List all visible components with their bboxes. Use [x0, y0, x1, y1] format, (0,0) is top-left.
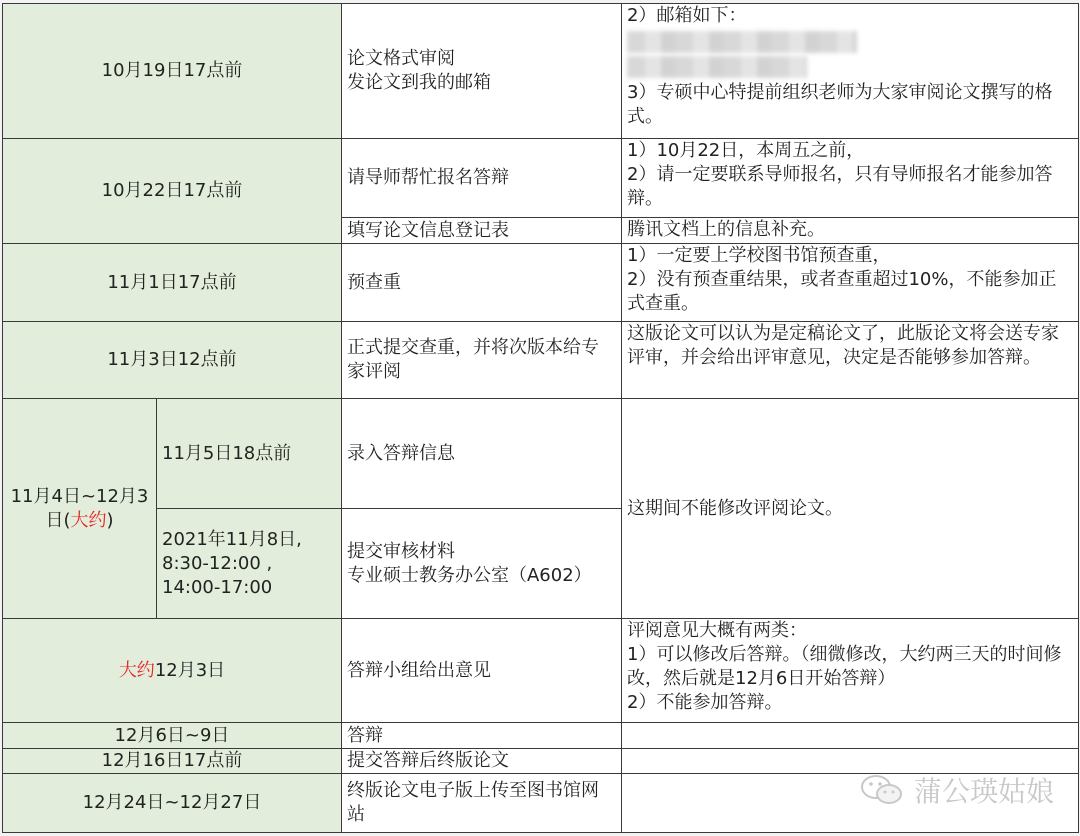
schedule-table: 10月19日17点前 论文格式审阅 发论文到我的邮箱 2）邮箱如下： 3）专硕中…: [2, 3, 1079, 833]
date-range-cell: 11月4日~12月3日(大约): [3, 399, 157, 619]
redacted-email: [627, 56, 807, 78]
note-cell: 1）10月22日，本周五之前， 2）请一定要联系导师报名，只有导师报名才能参加答…: [622, 139, 1079, 218]
table-row: 11月3日12点前 正式提交查重，并将次版本给专家评阅 这版论文可以认为是定稿论…: [3, 322, 1079, 399]
watermark-text: 蒲公瑛姑娘: [914, 770, 1054, 810]
table-row: 大约12月3日 答辩小组给出意见 评阅意见大概有两类： 1）可以修改后答辩。（细…: [3, 619, 1079, 723]
wechat-icon: [860, 773, 904, 807]
date-cell: 10月19日17点前: [3, 4, 342, 139]
task-cell: 填写论文信息登记表: [342, 218, 622, 244]
date-cell: 12月6日~9日: [3, 723, 342, 749]
task-cell: 终版论文电子版上传至图书馆网站: [342, 774, 622, 833]
date-cell: 12月16日17点前: [3, 749, 342, 774]
date-cell: 11月3日12点前: [3, 322, 342, 399]
redacted-email: [627, 31, 857, 53]
task-cell: 答辩小组给出意见: [342, 619, 622, 723]
highlight-approx: 大约: [71, 510, 107, 531]
date-cell: 2021年11月8日, 8:30-12:00 , 14:00-17:00: [157, 509, 342, 619]
task-cell: 论文格式审阅 发论文到我的邮箱: [342, 4, 622, 139]
date-cell: 12月24日~12月27日: [3, 774, 342, 833]
table-row: 10月19日17点前 论文格式审阅 发论文到我的邮箱 2）邮箱如下： 3）专硕中…: [3, 4, 1079, 139]
date-cell: 10月22日17点前: [3, 139, 342, 244]
note-cell: 1）一定要上学校图书馆预查重， 2）没有预查重结果，或者查重超过10%，不能参加…: [622, 244, 1079, 322]
table-row: 10月22日17点前 请导师帮忙报名答辩 1）10月22日，本周五之前， 2）请…: [3, 139, 1079, 218]
task-cell: 答辩: [342, 723, 622, 749]
date-cell: 11月1日17点前: [3, 244, 342, 322]
task-cell: 正式提交查重，并将次版本给专家评阅: [342, 322, 622, 399]
note-cell: 评阅意见大概有两类： 1）可以修改后答辩。（细微修改，大约两三天的时间修改，然后…: [622, 619, 1079, 723]
date-cell: 11月5日18点前: [157, 399, 342, 509]
table-row: 11月4日~12月3日(大约) 11月5日18点前 录入答辩信息 这期间不能修改…: [3, 399, 1079, 509]
watermark: 蒲公瑛姑娘: [860, 770, 1054, 810]
date-cell: 大约12月3日: [3, 619, 342, 723]
note-cell: 2）邮箱如下： 3）专硕中心特提前组织老师为大家审阅论文撰写的格式。: [622, 4, 1079, 139]
task-cell: 提交审核材料 专业硕士教务办公室（A602）: [342, 509, 622, 619]
table-row: 11月1日17点前 预查重 1）一定要上学校图书馆预查重， 2）没有预查重结果，…: [3, 244, 1079, 322]
task-cell: 录入答辩信息: [342, 399, 622, 509]
note-cell: 这期间不能修改评阅论文。: [622, 399, 1079, 619]
highlight-approx: 大约: [119, 660, 155, 681]
task-cell: 预查重: [342, 244, 622, 322]
task-cell: 提交答辩后终版论文: [342, 749, 622, 774]
note-cell: 腾讯文档上的信息补充。: [622, 218, 1079, 244]
table-row: 12月6日~9日 答辩: [3, 723, 1079, 749]
note-cell: [622, 723, 1079, 749]
task-cell: 请导师帮忙报名答辩: [342, 139, 622, 218]
note-cell: 这版论文可以认为是定稿论文了，此版论文将会送专家评审，并会给出评审意见，决定是否…: [622, 322, 1079, 399]
